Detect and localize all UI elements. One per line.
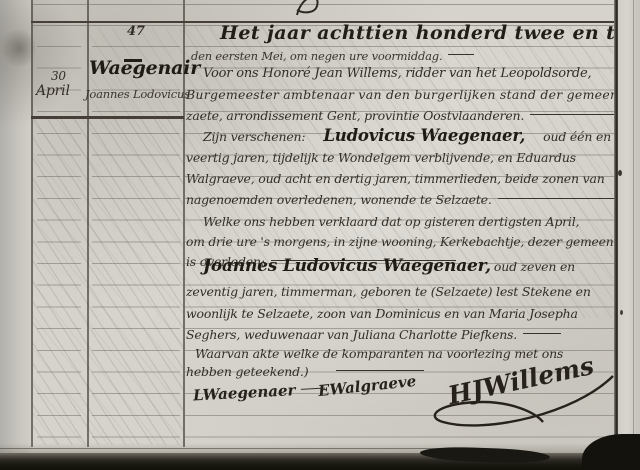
act-line-declarant-4: nagenoemden overledenen, wonende te Selz… <box>186 192 640 207</box>
act-line-officer-2: Burgemeester ambtenaar van den burgerlij… <box>186 87 640 102</box>
closing-2-text: hebben geteekend.) <box>186 364 308 379</box>
act-line-datetime: den eersten Mei, om negen ure voormiddag… <box>191 49 474 63</box>
edge-speck-2 <box>620 310 623 315</box>
act-number: 47 <box>127 24 145 39</box>
act-line-declarant-2: veertig jaren, tijdelijk te Wondelgem ve… <box>186 150 576 165</box>
margin-month: April <box>36 83 70 99</box>
next-page-strip <box>618 0 640 456</box>
act-line-year-heading: Het jaar achttien honderd twee en tachti… <box>220 22 640 44</box>
hatching-left-columns <box>33 119 183 445</box>
declarant-1-post: oud één en <box>543 129 611 144</box>
act-line-deceased-2: zeventig jaren, timmerman, geboren te (S… <box>186 284 591 299</box>
previous-entry-ink-remnant <box>294 0 334 16</box>
act-line-officer-3-text: zaete, arrondissement Gent, provintie Oo… <box>186 108 524 123</box>
act-line-deceased-4: Seghers, weduwenaar van Juliana Charlott… <box>186 327 561 342</box>
ink-rule <box>523 333 561 336</box>
act-line-declaration-3: is overleden: <box>186 240 456 255</box>
declarant-1-name: Ludovicus Waegenaer, <box>323 126 525 145</box>
declarant-1-pre: Zijn verschenen: <box>203 129 305 144</box>
register-page-scan: 47 Waegenair Joannes Lodovicus 30 April … <box>0 0 640 470</box>
declarant-4-text: nagenoemden overledenen, wonende te Selz… <box>186 192 492 207</box>
act-line-declaration-1: Welke ons hebben verklaard dat op gister… <box>203 214 579 229</box>
margin-block-underline <box>31 116 184 119</box>
act-line-declarant-3: Walgraeve, oud acht en dertig jaren, tim… <box>186 171 605 186</box>
deceased-name-post: oud zeven en <box>494 259 575 274</box>
act-line-deceased-3: woonlijk te Selzaete, zoon van Dominicus… <box>186 306 578 321</box>
ink-rule <box>448 54 474 57</box>
margin-day: 30 <box>51 69 66 83</box>
deceased-name: Joannes Ludovicus Waegenaer, <box>203 256 491 276</box>
act-line-officer-3: zaete, arrondissement Gent, provintie Oo… <box>186 108 635 123</box>
column-line-left <box>31 0 33 447</box>
act-line-closing-1: Waarvan akte welke de komparanten na voo… <box>195 346 563 361</box>
deceased-4-text: Seghers, weduwenaar van Juliana Charlott… <box>186 327 517 342</box>
act-line-officer: Voor ons Honoré Jean Willems, ridder van… <box>203 66 591 81</box>
next-page-edge-line <box>633 0 634 453</box>
act-line-datetime-text: den eersten Mei, om negen ure voormiddag… <box>191 49 442 63</box>
act-line-deceased-name: Joannes Ludovicus Waegenaer, oud zeven e… <box>203 256 575 276</box>
act-line-declarant-1: Zijn verschenen: Ludovicus Waegenaer, ou… <box>203 126 611 145</box>
edge-speck-1 <box>618 170 622 176</box>
margin-given-names: Joannes Lodovicus <box>85 87 190 101</box>
margin-surname: Waegenair <box>89 57 200 79</box>
